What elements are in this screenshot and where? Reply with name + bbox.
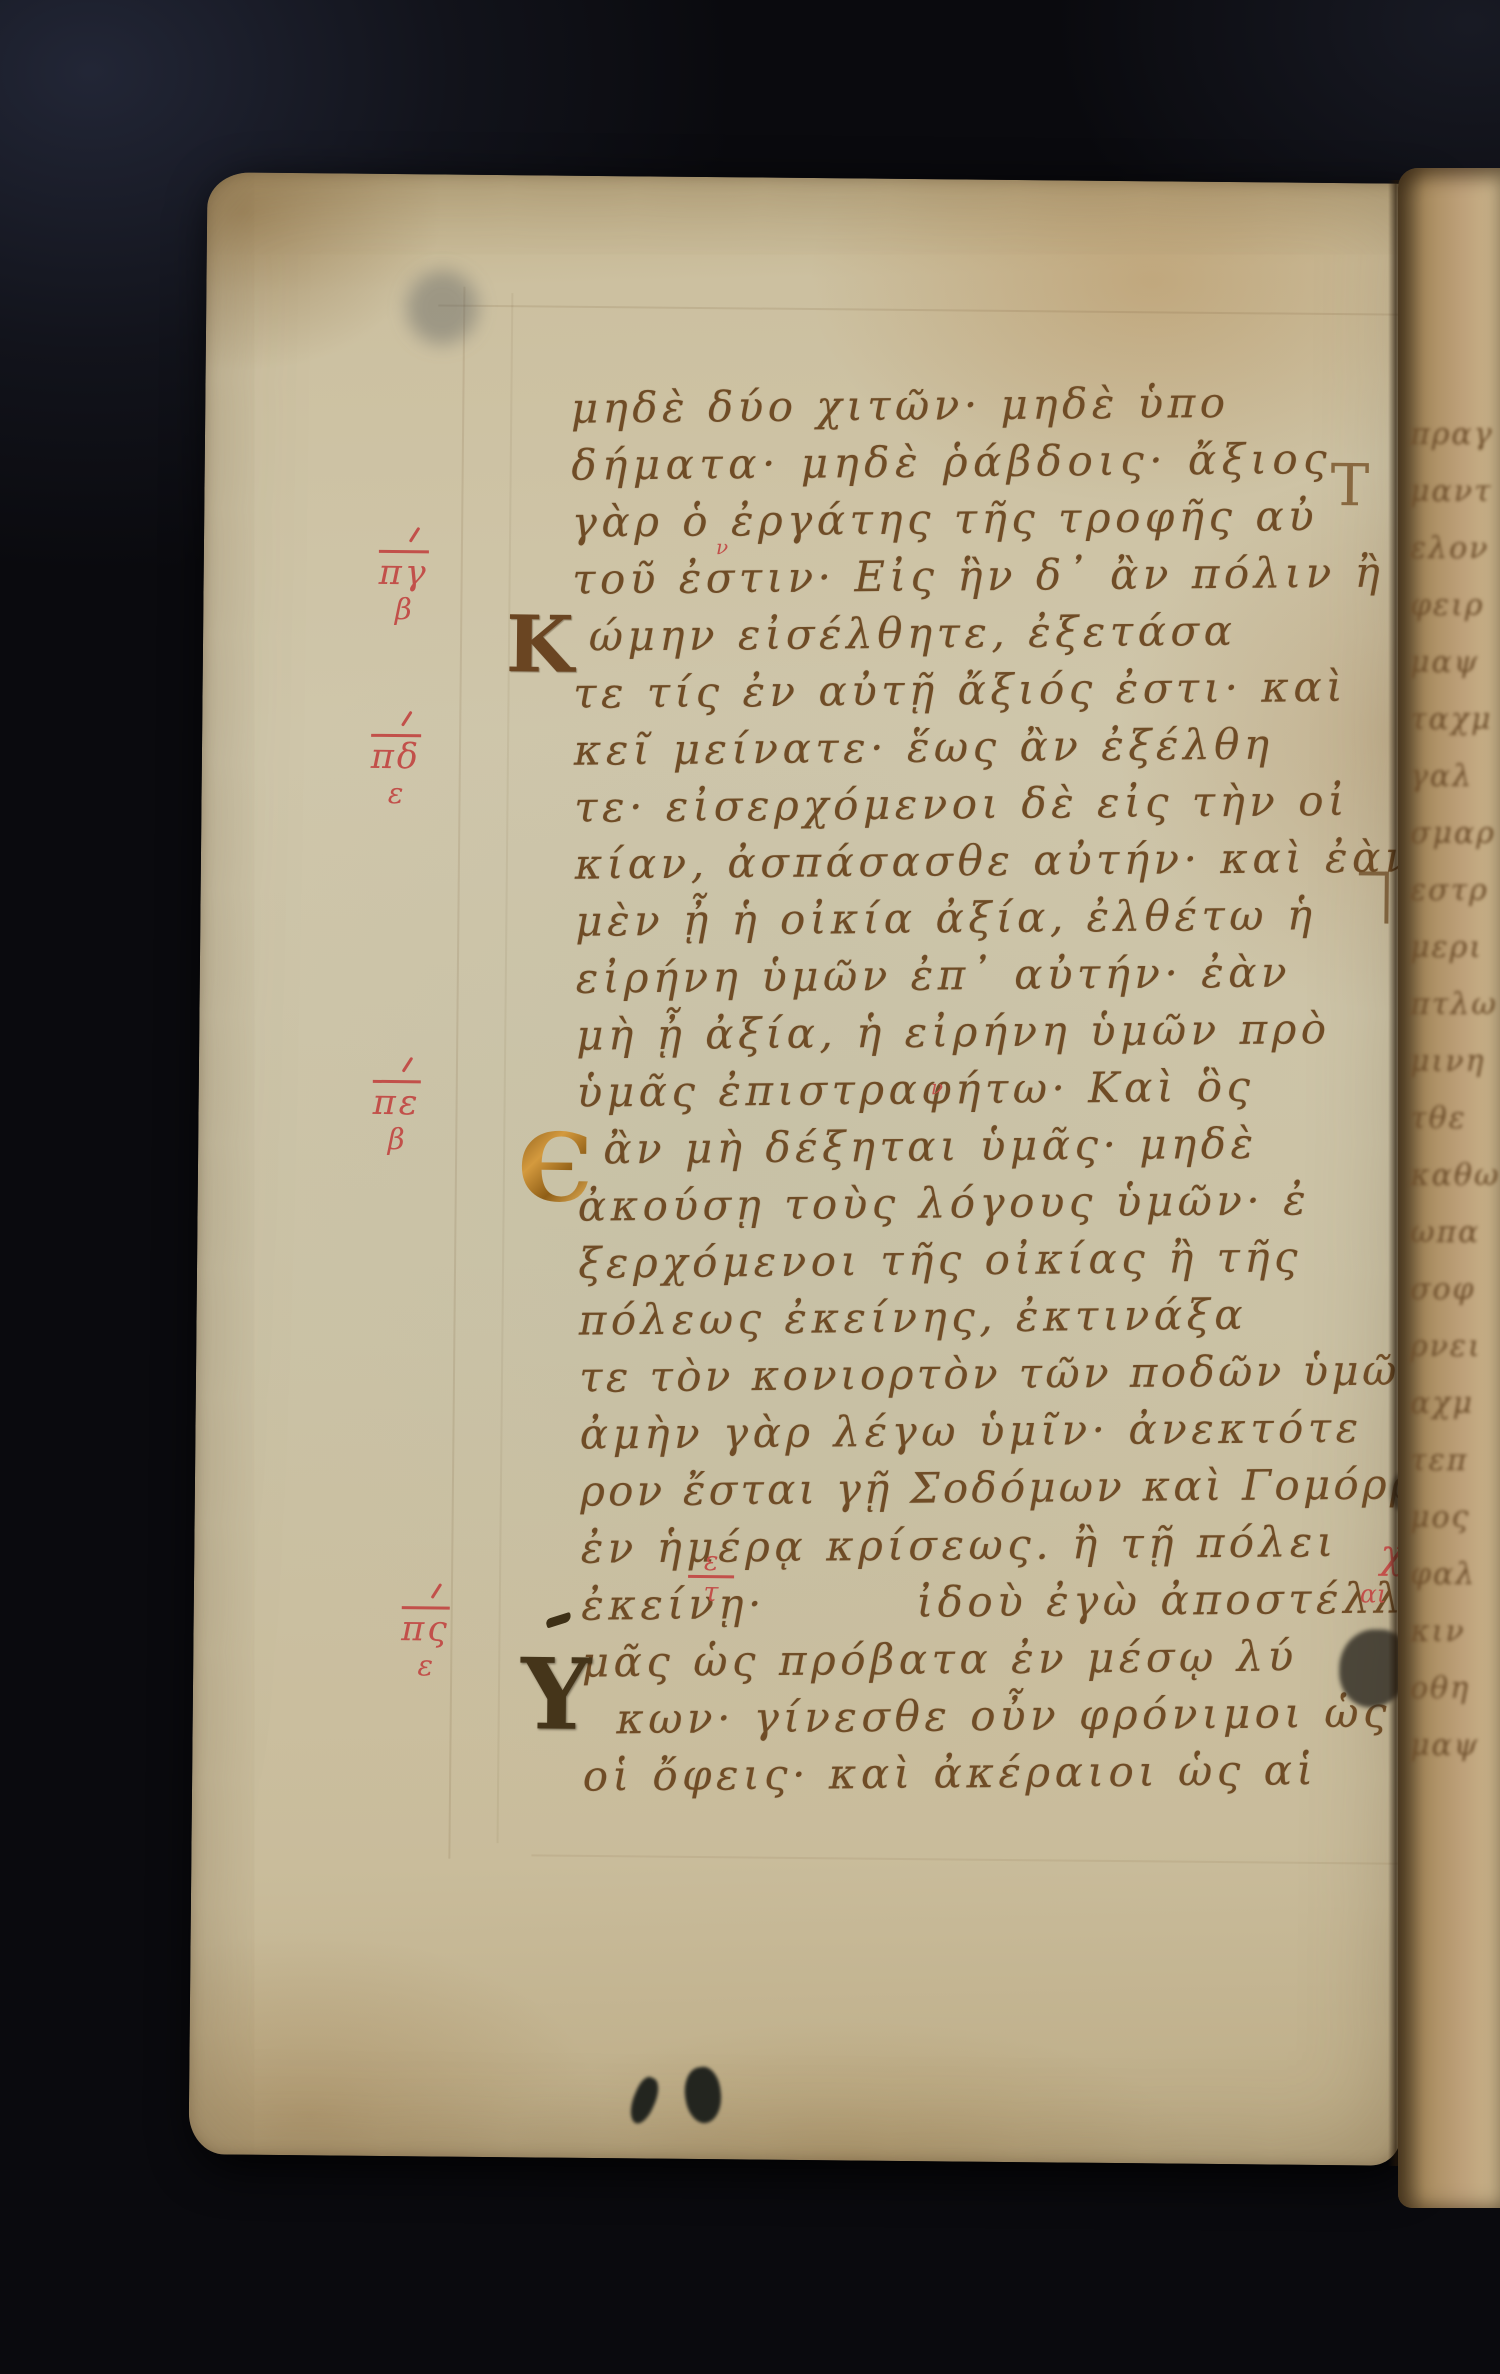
ruling-line-vertical <box>497 293 514 1843</box>
text-line: μὴ ᾖ ἀξία, ἡ εἰρήνη ὑμῶν πρὸ <box>576 999 1416 1063</box>
text-line: μηδὲ δύο χιτῶν· μηδὲ ὑπο <box>571 372 1411 436</box>
lection-mark-bottom: τ <box>688 1578 734 1608</box>
manuscript-page: μηδὲ δύο χιτῶν· μηδὲ ὑπο δήματα· μηδὲ ῥά… <box>189 172 1420 2166</box>
text-line: εἰρήνη ὑμῶν ἐπ᾽ αὐτήν· ἐὰν <box>576 942 1416 1006</box>
text-line: πόλεως ἐκείνης, ἐκτινάξα <box>579 1284 1419 1348</box>
margin-bracket-mark <box>1358 871 1388 923</box>
ink-tick-above-upsilon <box>545 1612 573 1628</box>
initial-epsilon-gold: Є <box>517 1113 593 1224</box>
text-line: ἀμὴν γὰρ λέγω ὑμῖν· ἀνεκτότε <box>580 1398 1420 1462</box>
lection-mark: ε τ <box>688 1549 735 1608</box>
text-line: κεῖ μείνατε· ἕως ἂν ἐξέλθη <box>574 714 1414 778</box>
canon-mark-84: πδ ε <box>355 734 436 811</box>
text-line: μὲν ᾖ ἡ οἰκία ἀξία, ἐλθέτω ἡ <box>575 885 1415 949</box>
text-line: ἀκούσῃ τοὺς λόγους ὑμῶν· ἐ <box>578 1170 1418 1234</box>
red-correction: ν <box>931 1075 943 1099</box>
text-line: τοῦ ἐστιν· Εἰς ἣν δ᾽ ἂν πόλιν ἢ <box>572 543 1412 607</box>
gray-smudge <box>406 270 479 345</box>
next-folio-edge: πραγ μαντ ελον φειρ μαψ ταχμ γαλ σμαρ εσ… <box>1398 168 1500 2208</box>
canon-number: πε <box>373 1080 421 1122</box>
text-line: ρον ἔσται γῇ Σοδόμων καὶ Γομόρρω <box>580 1455 1420 1519</box>
text-line: οἱ ὄφεις· καὶ ἀκέραιοι ὡς αἱ <box>583 1740 1423 1804</box>
ink-blot <box>681 2064 726 2125</box>
canon-mark-86: πς ε <box>385 1606 466 1683</box>
canon-mark-85: πε β <box>356 1080 437 1157</box>
lection-mark-top: ε <box>688 1549 734 1578</box>
canon-letter: ε <box>355 776 435 811</box>
canon-number: πγ <box>379 550 429 592</box>
canon-number: πδ <box>371 734 421 776</box>
text-line: κων· γίνεσθε οὖν φρόνιμοι ὡς <box>616 1683 1422 1747</box>
next-folio-text-fragments: πραγ μαντ ελον φειρ μαψ ταχμ γαλ σμαρ εσ… <box>1410 406 1500 1774</box>
text-line: δήματα· μηδὲ ῥάβδοις· ἄξιος <box>571 429 1411 493</box>
text-line: τε· εἰσερχόμενοι δὲ εἰς τὴν οἰ <box>574 771 1414 835</box>
ruling-line-horizontal <box>531 1854 1411 1864</box>
canon-letter: β <box>356 1122 436 1157</box>
initial-upsilon: Υ <box>520 1637 591 1753</box>
text-line: ώμην εἰσέλθητε, ἐξετάσα <box>589 600 1413 664</box>
red-correction: ν <box>716 535 728 559</box>
canon-mark-83: πγ β <box>363 550 444 627</box>
ruling-line-horizontal <box>438 304 1403 315</box>
canon-number: πς <box>401 1606 450 1648</box>
text-line: τε τὸν κονιορτὸν τῶν ποδῶν ὑμῶ <box>579 1341 1419 1405</box>
canon-letter: β <box>363 592 443 627</box>
text-line: κίαν, ἀσπάσασθε αὐτήν· καὶ ἐὰν <box>575 828 1415 892</box>
ink-blot <box>624 2074 664 2127</box>
text-line: μᾶς ὡς πρόβατα ἐν μέσῳ λύ <box>582 1626 1422 1690</box>
text-line: ὑμᾶς ἐπιστραφήτω· Καὶ ὃς <box>577 1056 1417 1120</box>
text-line: τε τίς ἐν αὐτῇ ἄξιός ἐστι· καὶ <box>573 657 1413 721</box>
margin-red-alpha-mark: αι <box>1360 1579 1387 1608</box>
text-line: ξερχόμενοι τῆς οἰκίας ἢ τῆς <box>578 1227 1418 1291</box>
manuscript-photo: μηδὲ δύο χιτῶν· μηδὲ ὑπο δήματα· μηδὲ ῥά… <box>0 0 1500 2374</box>
margin-tau-mark: Τ <box>1330 451 1369 519</box>
initial-kappa: Κ <box>506 599 575 691</box>
text-line: ἂν μὴ δέξηται ὑμᾶς· μηδὲ <box>603 1113 1417 1177</box>
text-line: γὰρ ὁ ἐργάτης τῆς τροφῆς αὐ <box>572 486 1412 550</box>
canon-letter: ε <box>385 1648 465 1683</box>
